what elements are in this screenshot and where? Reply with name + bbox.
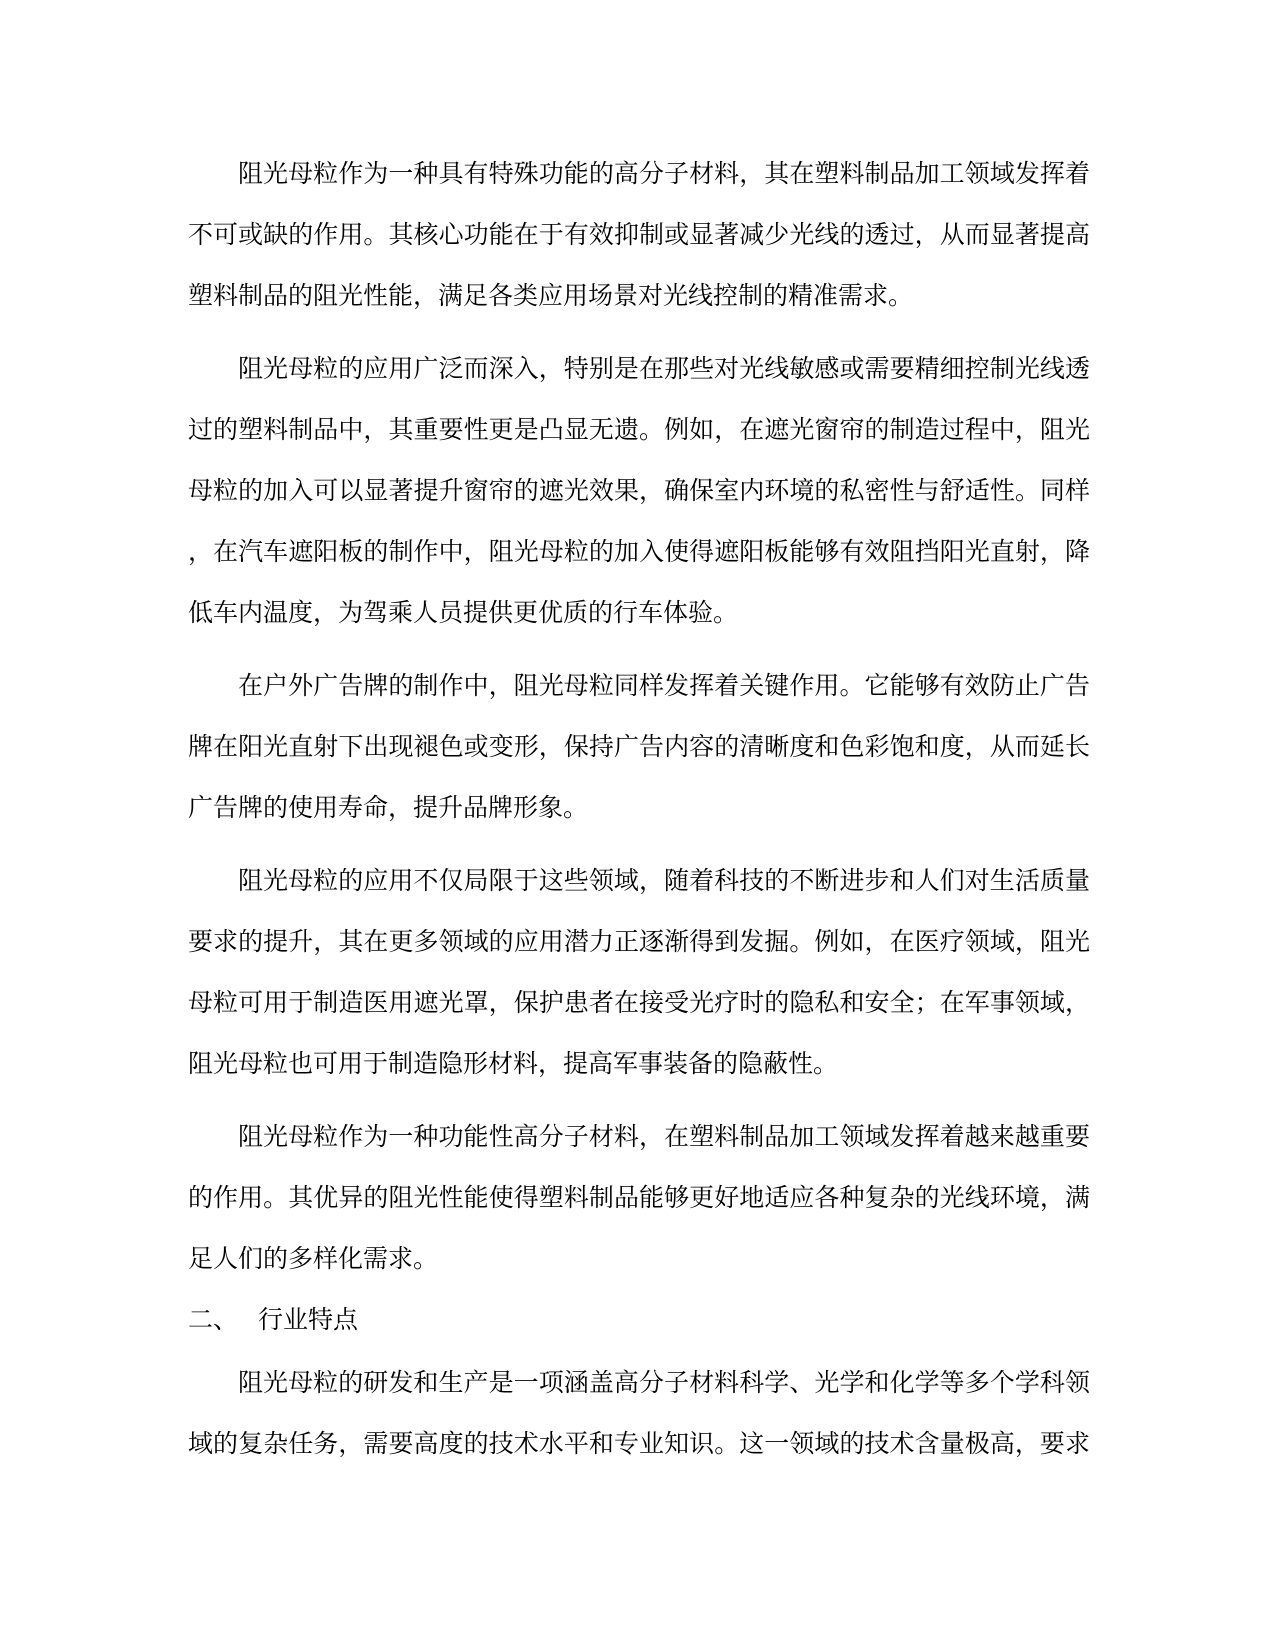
text-line: 阻光母粒的应用广泛而深入，特别是在那些对光线敏感或需要精细控制光线透 (188, 339, 1090, 400)
section-title: 行业特点 (258, 1306, 358, 1334)
text-line: 低车内温度，为驾乘人员提供更优质的行车体验。 (188, 583, 1090, 644)
text-line: ，在汽车遮阳板的制作中，阻光母粒的加入使得遮阳板能够有效阻挡阳光直射，降 (188, 522, 1090, 583)
text-line: 牌在阳光直射下出现褪色或变形，保持广告内容的清晰度和色彩饱和度，从而延长 (188, 717, 1090, 778)
text-line: 不可或缺的作用。其核心功能在于有效抑制或显著减少光线的透过，从而显著提高 (188, 205, 1090, 266)
section-number: 二、 (188, 1306, 238, 1334)
text-line: 足人们的多样化需求。 (188, 1229, 1090, 1290)
text-line: 母粒的加入可以显著提升窗帘的遮光效果，确保室内环境的私密性与舒适性。同样 (188, 461, 1090, 522)
document-page: 阻光母粒作为一种具有特殊功能的高分子材料，其在塑料制品加工领域发挥着 不可或缺的… (0, 0, 1275, 1650)
paragraph-industry-rd: 阻光母粒的研发和生产是一项涵盖高分子材料科学、光学和化学等多个学科领 域的复杂任… (188, 1353, 1090, 1475)
paragraph-applications: 阻光母粒的应用广泛而深入，特别是在那些对光线敏感或需要精细控制光线透 过的塑料制… (188, 339, 1090, 644)
text-line: 阻光母粒的应用不仅局限于这些领域，随着科技的不断进步和人们对生活质量 (188, 851, 1090, 912)
paragraph-emerging-fields: 阻光母粒的应用不仅局限于这些领域，随着科技的不断进步和人们对生活质量 要求的提升… (188, 851, 1090, 1095)
paragraph-intro: 阻光母粒作为一种具有特殊功能的高分子材料，其在塑料制品加工领域发挥着 不可或缺的… (188, 144, 1090, 327)
paragraph-billboard: 在户外广告牌的制作中，阻光母粒同样发挥着关键作用。它能够有效防止广告 牌在阳光直… (188, 656, 1090, 839)
text-line: 过的塑料制品中，其重要性更是凸显无遗。例如，在遮光窗帘的制造过程中，阻光 (188, 400, 1090, 461)
text-line: 的作用。其优异的阻光性能使得塑料制品能够更好地适应各种复杂的光线环境，满 (188, 1168, 1090, 1229)
text-line: 域的复杂任务，需要高度的技术水平和专业知识。这一领域的技术含量极高，要求 (188, 1414, 1090, 1475)
text-line: 母粒可用于制造医用遮光罩，保护患者在接受光疗时的隐私和安全；在军事领域， (188, 973, 1090, 1034)
text-line: 阻光母粒作为一种功能性高分子材料，在塑料制品加工领域发挥着越来越重要 (188, 1107, 1090, 1168)
text-line: 阻光母粒的研发和生产是一项涵盖高分子材料科学、光学和化学等多个学科领 (188, 1353, 1090, 1414)
text-line: 广告牌的使用寿命，提升品牌形象。 (188, 778, 1090, 839)
text-line: 塑料制品的阻光性能，满足各类应用场景对光线控制的精准需求。 (188, 266, 1090, 327)
text-line: 阻光母粒也可用于制造隐形材料，提高军事装备的隐蔽性。 (188, 1034, 1090, 1095)
document-body: 阻光母粒作为一种具有特殊功能的高分子材料，其在塑料制品加工领域发挥着 不可或缺的… (188, 144, 1090, 1487)
text-line: 阻光母粒作为一种具有特殊功能的高分子材料，其在塑料制品加工领域发挥着 (188, 144, 1090, 205)
section-heading-industry-features: 二、行业特点 (188, 1290, 1090, 1351)
text-line: 要求的提升，其在更多领域的应用潜力正逐渐得到发掘。例如，在医疗领域，阻光 (188, 912, 1090, 973)
text-line: 在户外广告牌的制作中，阻光母粒同样发挥着关键作用。它能够有效防止广告 (188, 656, 1090, 717)
paragraph-summary: 阻光母粒作为一种功能性高分子材料，在塑料制品加工领域发挥着越来越重要 的作用。其… (188, 1107, 1090, 1290)
